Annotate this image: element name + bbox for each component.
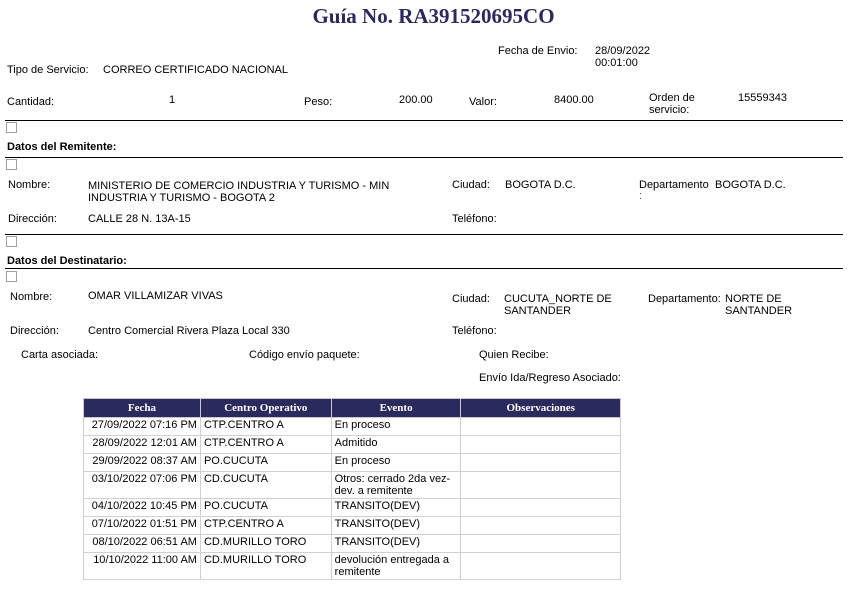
destinatario-nombre-label: Nombre: xyxy=(10,291,52,303)
remitente-ciudad-label: Ciudad: xyxy=(452,179,490,191)
cantidad-value: 1 xyxy=(169,94,175,106)
checkbox[interactable] xyxy=(6,159,17,170)
table-row: 29/09/2022 08:37 AM PO.CUCUTA En proceso xyxy=(84,454,621,472)
table-header-row: Fecha Centro Operativo Evento Observacio… xyxy=(84,399,621,418)
checkbox[interactable] xyxy=(6,271,17,282)
table-row: 08/10/2022 06:51 AM CD.MURILLO TORO TRAN… xyxy=(84,535,621,553)
cell-evento: devolución entregada a remitente xyxy=(331,553,461,580)
destinatario-departamento-line1: NORTE DE xyxy=(725,293,782,305)
cell-evento: En proceso xyxy=(331,454,461,472)
remitente-direccion-label: Dirección: xyxy=(8,213,57,225)
destinatario-direccion-label: Dirección: xyxy=(10,325,59,337)
checkbox[interactable] xyxy=(6,236,17,247)
peso-label: Peso: xyxy=(304,96,332,108)
table-row: 04/10/2022 10:45 PM PO.CUCUTA TRANSITO(D… xyxy=(84,499,621,517)
cell-fecha: 29/09/2022 08:37 AM xyxy=(84,454,201,472)
divider xyxy=(5,120,843,121)
fecha-envio-time: 00:01:00 xyxy=(595,57,638,69)
remitente-section-title: Datos del Remitente: xyxy=(7,141,116,153)
cell-observaciones xyxy=(461,454,621,472)
envio-ida-regreso-label: Envío Ida/Regreso Asociado: xyxy=(479,372,621,384)
destinatario-nombre-value: OMAR VILLAMIZAR VIVAS xyxy=(88,290,223,302)
table-row: 27/09/2022 07:16 PM CTP.CENTRO A En proc… xyxy=(84,418,621,436)
cell-centro: CD.MURILLO TORO xyxy=(200,535,331,553)
cell-centro: CTP.CENTRO A xyxy=(200,418,331,436)
cell-centro: CTP.CENTRO A xyxy=(200,517,331,535)
page-title: Guía No. RA391520695CO xyxy=(0,4,867,29)
cantidad-label: Cantidad: xyxy=(7,96,54,108)
cell-centro: PO.CUCUTA xyxy=(200,499,331,517)
divider xyxy=(5,157,843,158)
cell-observaciones xyxy=(461,535,621,553)
cell-centro: CTP.CENTRO A xyxy=(200,436,331,454)
table-row: 28/09/2022 12:01 AM CTP.CENTRO A Admitid… xyxy=(84,436,621,454)
destinatario-ciudad-line1: CUCUTA_NORTE DE xyxy=(504,293,612,305)
checkbox[interactable] xyxy=(6,122,17,133)
remitente-nombre-line2: INDUSTRIA Y TURISMO - BOGOTA 2 xyxy=(88,192,275,204)
divider xyxy=(5,234,843,235)
cell-evento: TRANSITO(DEV) xyxy=(331,535,461,553)
remitente-departamento-colon: : xyxy=(639,190,642,202)
valor-value: 8400.00 xyxy=(554,94,594,106)
orden-servicio-label-2: servicio: xyxy=(649,104,689,116)
cell-evento: En proceso xyxy=(331,418,461,436)
cell-centro: PO.CUCUTA xyxy=(200,454,331,472)
table-row: 03/10/2022 07:06 PM CD.CUCUTA Otros: cer… xyxy=(84,472,621,499)
destinatario-direccion-value: Centro Comercial Rivera Plaza Local 330 xyxy=(88,325,290,337)
tipo-servicio-label: Tipo de Servicio: xyxy=(7,64,89,76)
cell-centro: CD.CUCUTA xyxy=(200,472,331,499)
divider xyxy=(5,268,843,269)
cell-observaciones xyxy=(461,436,621,454)
cell-observaciones xyxy=(461,553,621,580)
remitente-direccion-value: CALLE 28 N. 13A-15 xyxy=(88,213,191,225)
cell-fecha: 10/10/2022 11:00 AM xyxy=(84,553,201,580)
cell-observaciones xyxy=(461,418,621,436)
cell-fecha: 28/09/2022 12:01 AM xyxy=(84,436,201,454)
cell-observaciones xyxy=(461,517,621,535)
tipo-servicio-value: CORREO CERTIFICADO NACIONAL xyxy=(103,64,288,76)
cell-evento: Otros: cerrado 2da vez-dev. a remitente xyxy=(331,472,461,499)
cell-fecha: 04/10/2022 10:45 PM xyxy=(84,499,201,517)
table-row: 10/10/2022 11:00 AM CD.MURILLO TORO devo… xyxy=(84,553,621,580)
orden-servicio-value: 15559343 xyxy=(738,92,787,104)
remitente-departamento-label: Departamento xyxy=(639,179,709,191)
fecha-envio-label: Fecha de Envio: xyxy=(498,45,578,57)
destinatario-departamento-line2: SANTANDER xyxy=(725,305,792,317)
cell-evento: TRANSITO(DEV) xyxy=(331,517,461,535)
fecha-envio-date: 28/09/2022 xyxy=(595,45,650,57)
column-header-observaciones: Observaciones xyxy=(461,399,621,418)
column-header-evento: Evento xyxy=(331,399,461,418)
remitente-ciudad-value: BOGOTA D.C. xyxy=(505,179,576,191)
cell-evento: Admitido xyxy=(331,436,461,454)
destinatario-telefono-label: Teléfono: xyxy=(452,325,497,337)
column-header-fecha: Fecha xyxy=(84,399,201,418)
carta-asociada-label: Carta asociada: xyxy=(21,349,98,361)
cell-fecha: 03/10/2022 07:06 PM xyxy=(84,472,201,499)
destinatario-section-title: Datos del Destinatario: xyxy=(7,255,127,267)
cell-fecha: 27/09/2022 07:16 PM xyxy=(84,418,201,436)
events-table: Fecha Centro Operativo Evento Observacio… xyxy=(83,398,621,580)
peso-value: 200.00 xyxy=(399,94,433,106)
cell-centro: CD.MURILLO TORO xyxy=(200,553,331,580)
codigo-envio-paquete-label: Código envío paquete: xyxy=(249,349,360,361)
remitente-telefono-label: Teléfono: xyxy=(452,213,497,225)
quien-recibe-label: Quien Recibe: xyxy=(479,349,549,361)
destinatario-ciudad-line2: SANTANDER xyxy=(504,305,571,317)
remitente-nombre-line1: MINISTERIO DE COMERCIO INDUSTRIA Y TURIS… xyxy=(88,180,389,192)
valor-label: Valor: xyxy=(469,96,497,108)
destinatario-departamento-label: Departamento: xyxy=(648,293,721,305)
remitente-departamento-value: BOGOTA D.C. xyxy=(715,179,786,191)
destinatario-ciudad-label: Ciudad: xyxy=(452,293,490,305)
table-row: 07/10/2022 01:51 PM CTP.CENTRO A TRANSIT… xyxy=(84,517,621,535)
cell-fecha: 07/10/2022 01:51 PM xyxy=(84,517,201,535)
column-header-centro-operativo: Centro Operativo xyxy=(200,399,331,418)
cell-observaciones xyxy=(461,499,621,517)
cell-evento: TRANSITO(DEV) xyxy=(331,499,461,517)
orden-servicio-label-1: Orden de xyxy=(649,92,695,104)
cell-fecha: 08/10/2022 06:51 AM xyxy=(84,535,201,553)
remitente-nombre-label: Nombre: xyxy=(8,179,50,191)
cell-observaciones xyxy=(461,472,621,499)
